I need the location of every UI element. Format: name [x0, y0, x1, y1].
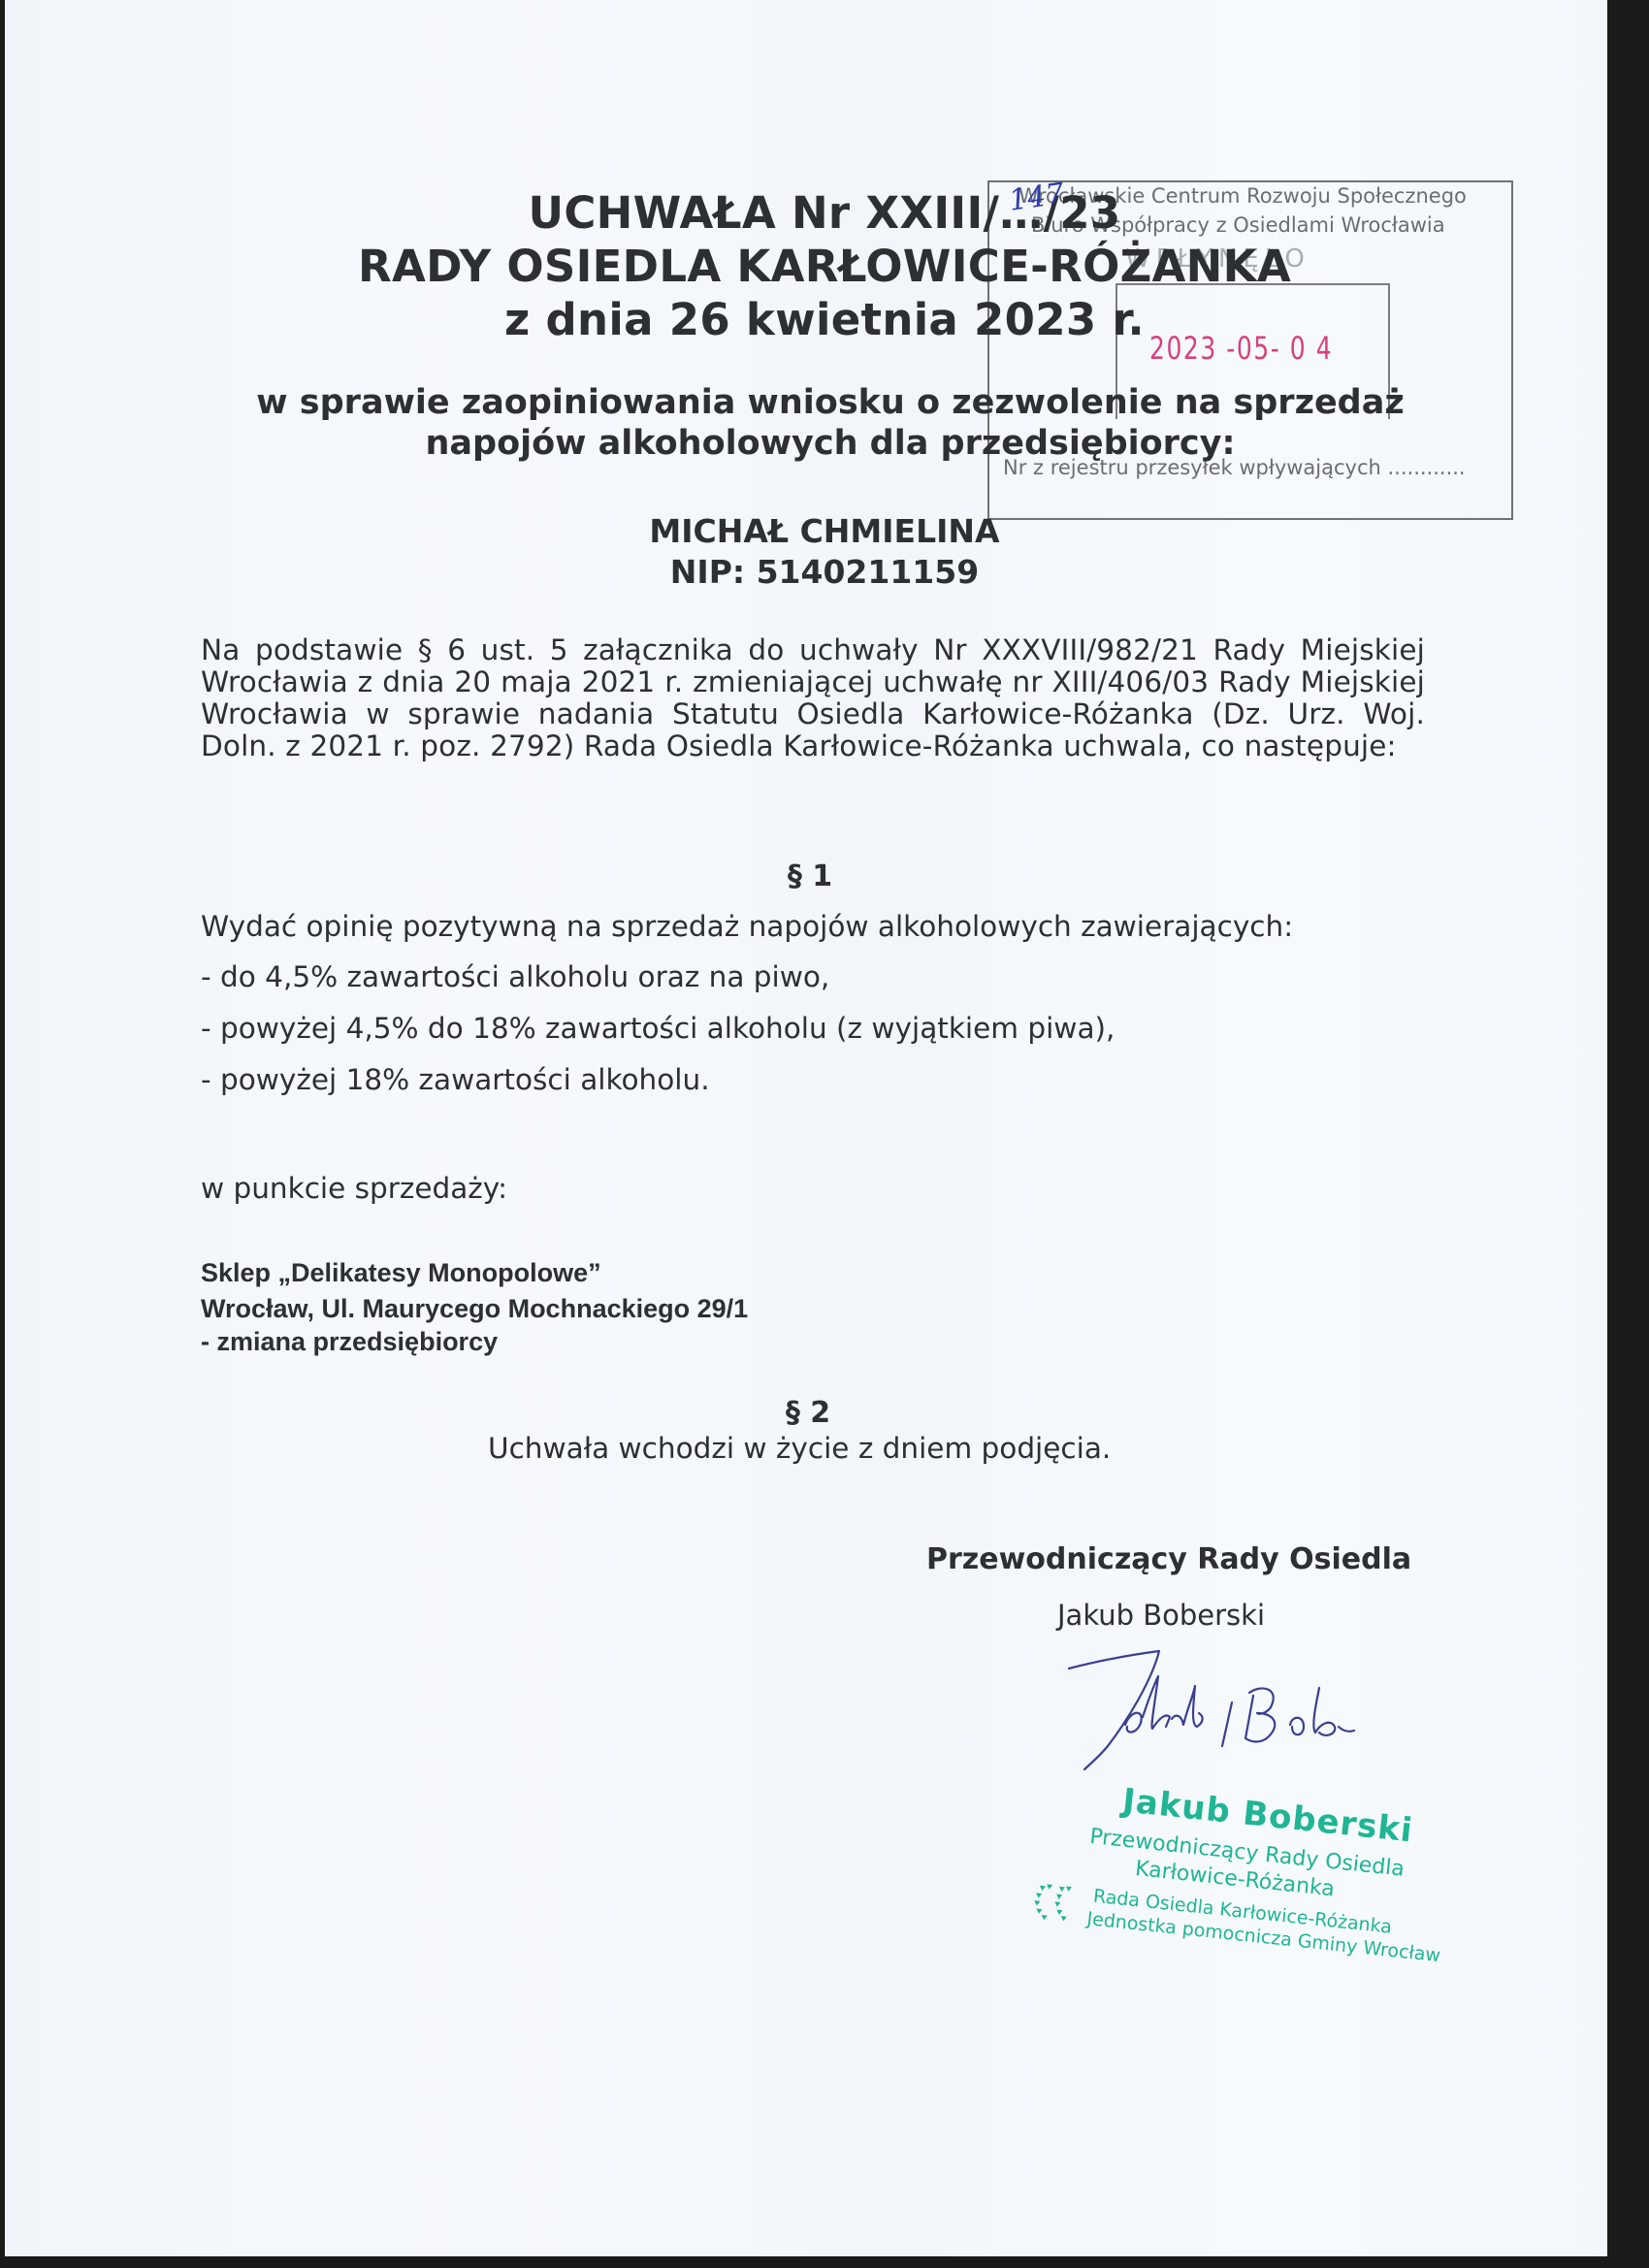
legal-basis-paragraph: Na podstawie § 6 ust. 5 załącznika do uc… — [201, 634, 1425, 762]
handwritten-signature-icon — [1038, 1649, 1455, 1775]
shop-address: Wrocław, Ul. Maurycego Mochnackiego 29/1 — [201, 1294, 748, 1324]
section-2-text: Uchwała wchodzi w życie z dniem podjęcia… — [488, 1432, 1111, 1465]
point-of-sale-label: w punkcie sprzedaży: — [201, 1172, 507, 1205]
entrepreneur-name: MICHAŁ CHMIELINA — [0, 512, 1649, 550]
resolution-date: z dnia 26 kwietnia 2023 r. — [0, 294, 1649, 345]
shop-note: - zmiana przedsiębiorcy — [201, 1327, 498, 1357]
resolution-number: UCHWAŁA Nr XXIII/…/23 — [0, 187, 1649, 239]
shop-name: Sklep „Delikatesy Monopolowe” — [201, 1258, 601, 1288]
subject-line-1: w sprawie zaopiniowania wniosku o zezwol… — [0, 383, 1649, 422]
subject-line-2: napojów alkoholowych dla przedsiębiorcy: — [0, 424, 1649, 463]
signatory-title: Przewodniczący Rady Osiedla — [926, 1542, 1411, 1576]
section-1-mark: § 1 — [0, 859, 1620, 893]
signatory-name: Jakub Boberski — [1057, 1599, 1265, 1632]
council-name: RADY OSIEDLA KARŁOWICE-RÓŻANKA — [0, 241, 1649, 292]
section-1-intro: Wydać opinię pozytywną na sprzedaż napoj… — [201, 910, 1293, 943]
alcohol-category-item: - do 4,5% zawartości alkoholu oraz na pi… — [201, 960, 829, 993]
section-2-mark: § 2 — [0, 1396, 1616, 1430]
council-logo-icon — [1030, 1881, 1079, 1925]
alcohol-category-item: - powyżej 4,5% do 18% zawartości alkohol… — [201, 1012, 1115, 1045]
alcohol-category-item: - powyżej 18% zawartości alkoholu. — [201, 1063, 710, 1096]
entrepreneur-nip: NIP: 5140211159 — [0, 553, 1649, 591]
